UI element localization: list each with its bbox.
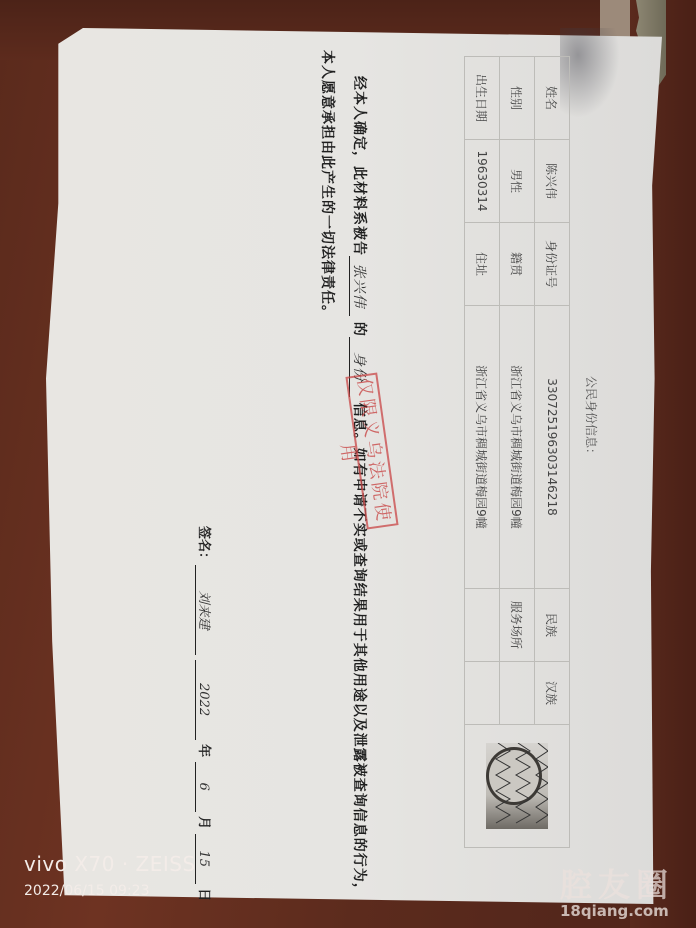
value-address: 浙江省义乌市稠城街道梅园9幢 bbox=[465, 306, 500, 589]
month-label: 月 bbox=[196, 816, 211, 829]
year-label: 年 bbox=[196, 744, 211, 757]
empty-cell bbox=[465, 589, 500, 662]
signature-day: 15 bbox=[195, 834, 211, 884]
statement-line-2: 本人愿意承担由此产生的一切法律责任。 bbox=[318, 50, 338, 320]
label-service-place: 服务场所 bbox=[500, 589, 535, 662]
value-name: 陈兴伟 bbox=[535, 140, 570, 223]
signature-month: 6 bbox=[195, 762, 211, 812]
value-birth-date: 19630314 bbox=[465, 140, 500, 223]
label-gender: 性别 bbox=[500, 57, 535, 140]
photo-cell bbox=[465, 725, 570, 848]
camera-model-watermark: vivo X70 · ZEISS bbox=[24, 852, 196, 876]
signature-name-handwritten: 刘来建 bbox=[195, 565, 215, 655]
statement-mid: 的 bbox=[351, 322, 367, 337]
label-native-place: 籍贯 bbox=[500, 223, 535, 306]
table-caption: 公民身份信息： bbox=[583, 376, 600, 460]
site-watermark-name: 腔友圈 bbox=[560, 860, 674, 906]
table-row: 姓名 陈兴伟 身份证号 330725196303146218 民族 汉族 bbox=[535, 57, 570, 848]
label-name: 姓名 bbox=[535, 57, 570, 140]
empty-cell bbox=[465, 662, 500, 725]
defendant-name-handwritten: 张兴伟 bbox=[349, 256, 370, 316]
site-watermark-url: 18qiang.com bbox=[560, 902, 669, 920]
label-address: 住址 bbox=[465, 223, 500, 306]
citizen-id-table: 姓名 陈兴伟 身份证号 330725196303146218 民族 汉族 性别 … bbox=[464, 56, 570, 848]
document-content: 公民身份信息： 姓名 陈兴伟 身份证号 330725196303146218 民… bbox=[140, 46, 640, 866]
label-ethnicity: 民族 bbox=[535, 589, 570, 662]
signature-label: 签名： bbox=[196, 526, 211, 565]
value-id-number: 330725196303146218 bbox=[535, 306, 570, 589]
camera-datetime-watermark: 2022/06/15 09:23 bbox=[24, 883, 150, 899]
id-photo-portrait-icon bbox=[486, 743, 548, 829]
value-gender: 男性 bbox=[500, 140, 535, 223]
label-birth-date: 出生日期 bbox=[465, 57, 500, 140]
signature-year: 2022 bbox=[195, 660, 211, 740]
value-ethnicity: 汉族 bbox=[535, 662, 570, 725]
label-id-number: 身份证号 bbox=[535, 223, 570, 306]
value-service-place bbox=[500, 662, 535, 725]
day-label: 日 bbox=[196, 888, 211, 901]
value-native-place: 浙江省义乌市稠城街道梅园9幢 bbox=[500, 306, 535, 589]
statement-prefix: 经本人确定，此材料系被告 bbox=[351, 76, 367, 256]
signature-row: 签名：刘来建 2022 年 6 月 15 日 bbox=[195, 526, 215, 901]
